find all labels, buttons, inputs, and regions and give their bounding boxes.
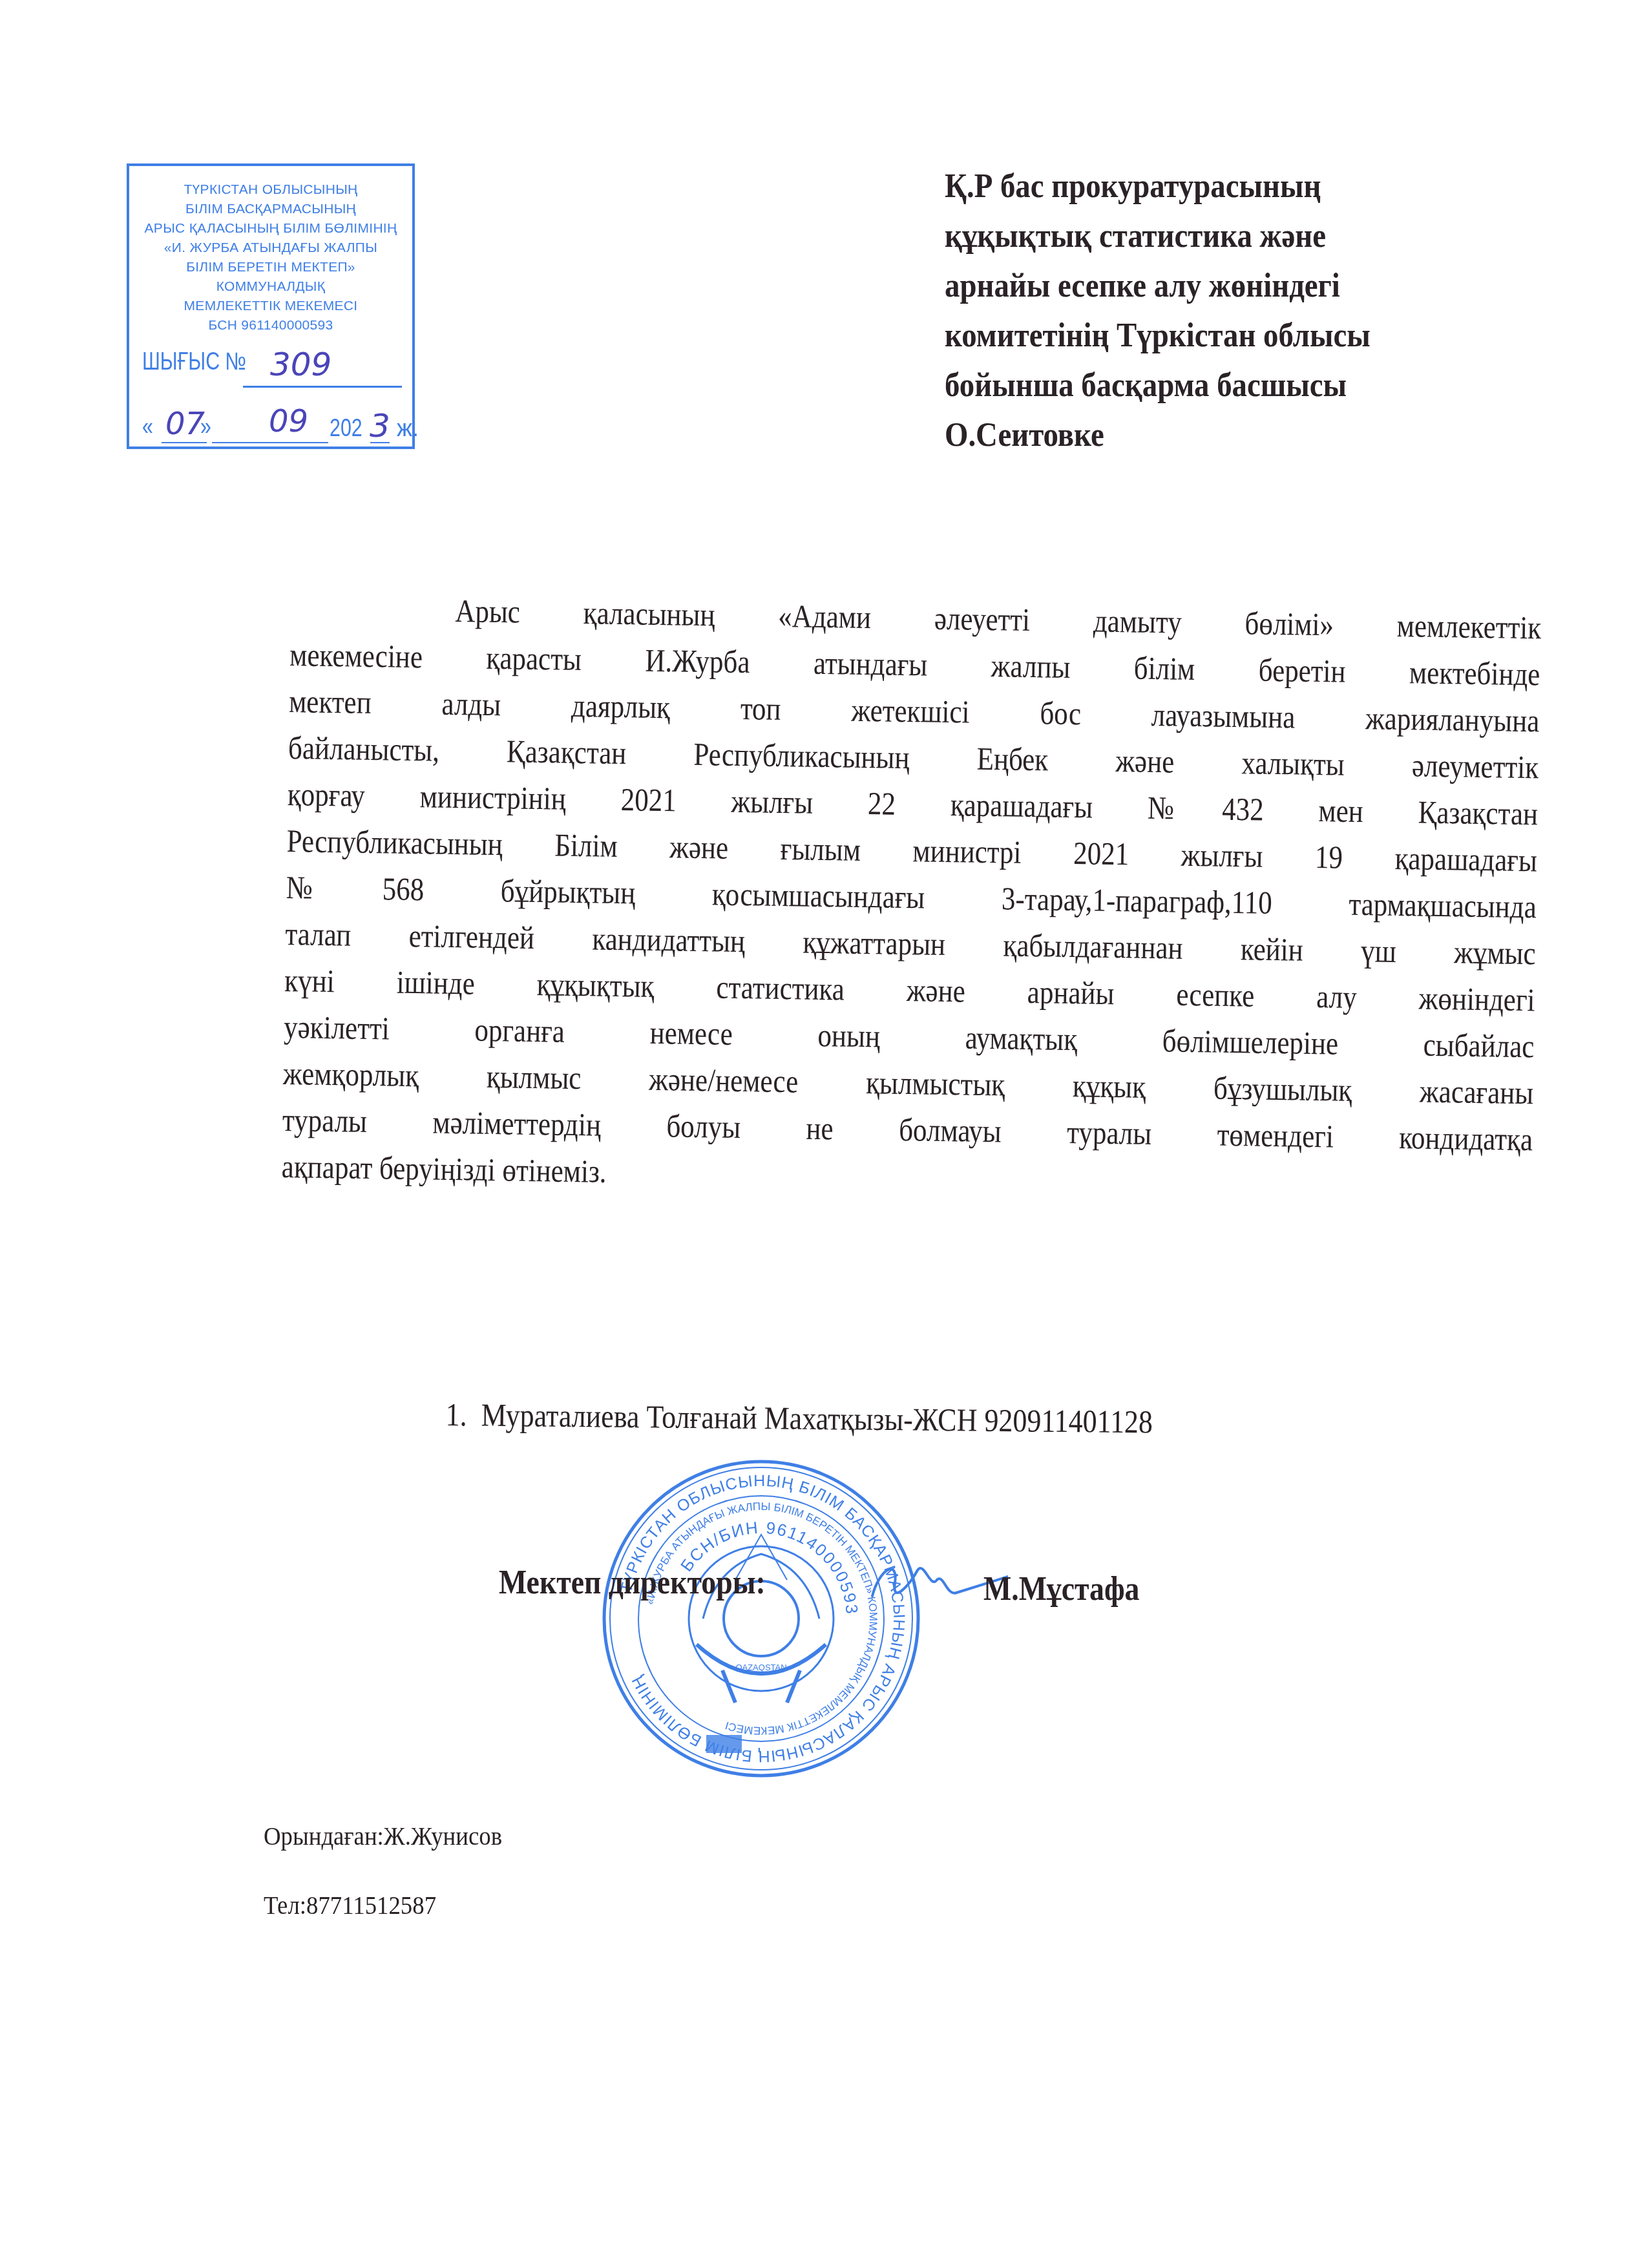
stamp-line: АРЫС ҚАЛАСЫНЫҢ БІЛІМ БӨЛІМІНІҢ (129, 219, 412, 238)
outgoing-underline (243, 386, 402, 388)
letter-body: Арыс қаласының «Адами әлеуетті дамыту бө… (281, 585, 1544, 1209)
stamp-line: «И. ЖУРБА АТЫНДАҒЫ ЖАЛПЫ (129, 238, 412, 258)
date-suffix: ж. (397, 415, 419, 442)
date-close-quote: » (200, 414, 211, 441)
date-day: 07 (165, 406, 205, 442)
candidate-name: Мураталиева Толғанай Махатқызы-ЖСН 92091… (481, 1397, 1153, 1440)
addressee-line: комитетінің Түркістан облысы (945, 311, 1371, 361)
stamp-line: БСН 961140000593 (129, 316, 412, 335)
date-day-underline (162, 442, 207, 443)
date-year-digit: 3 (370, 407, 390, 445)
addressee-line: Қ.Р бас прокуратурасының (945, 162, 1371, 211)
stamp-line: БІЛІМ БЕРЕТІН МЕКТЕП» (129, 258, 412, 277)
addressee-line: құқықтық статистика және (945, 211, 1371, 261)
stamp-date: « 07 » 09 202 3 ж. (141, 408, 403, 447)
executor-name: Орындаған:Ж.Жунисов (264, 1821, 502, 1851)
stamp-org-lines: ТҮРКІСТАН ОБЛЫСЫНЫҢ БІЛІМ БАСҚАРМАСЫНЫҢ … (129, 180, 412, 335)
outgoing-number: 309 (270, 346, 331, 383)
date-open-quote: « (142, 414, 153, 441)
date-month-underline (212, 442, 328, 443)
stamp-line: МЕМЛЕКЕТТІК МЕКЕМЕСІ (129, 297, 412, 316)
svg-text:QAZAQSTAN: QAZAQSTAN (735, 1663, 786, 1672)
director-name: М.Мұстафа (983, 1570, 1139, 1608)
candidate-number: 1. (445, 1396, 467, 1433)
stamp-line: ТҮРКІСТАН ОБЛЫСЫНЫҢ (129, 180, 412, 200)
outgoing-label: ШЫҒЫС № (142, 348, 246, 376)
addressee-line: О.Сеитовке (945, 410, 1371, 460)
executor-phone: Тел:87711512587 (264, 1890, 436, 1920)
addressee-line: арнайы есепке алу жөніндегі (945, 261, 1371, 311)
candidate-list-item: 1. Мураталиева Толғанай Махатқызы-ЖСН 92… (445, 1396, 1153, 1440)
addressee-block: Қ.Р бас прокуратурасының құқықтық статис… (945, 162, 1418, 460)
addressee-line: бойынша басқарма басшысы (945, 361, 1371, 410)
stamp-line: БІЛІМ БАСҚАРМАСЫНЫҢ (129, 200, 412, 219)
date-year-underline (370, 442, 390, 443)
signature-title: Мектеп директоры: (499, 1564, 766, 1602)
date-year-prefix: 202 (330, 415, 362, 443)
date-month: 09 (269, 403, 308, 439)
stamp-line: КОММУНАЛДЫҚ (129, 277, 412, 297)
registration-stamp: ТҮРКІСТАН ОБЛЫСЫНЫҢ БІЛІМ БАСҚАРМАСЫНЫҢ … (127, 163, 415, 449)
